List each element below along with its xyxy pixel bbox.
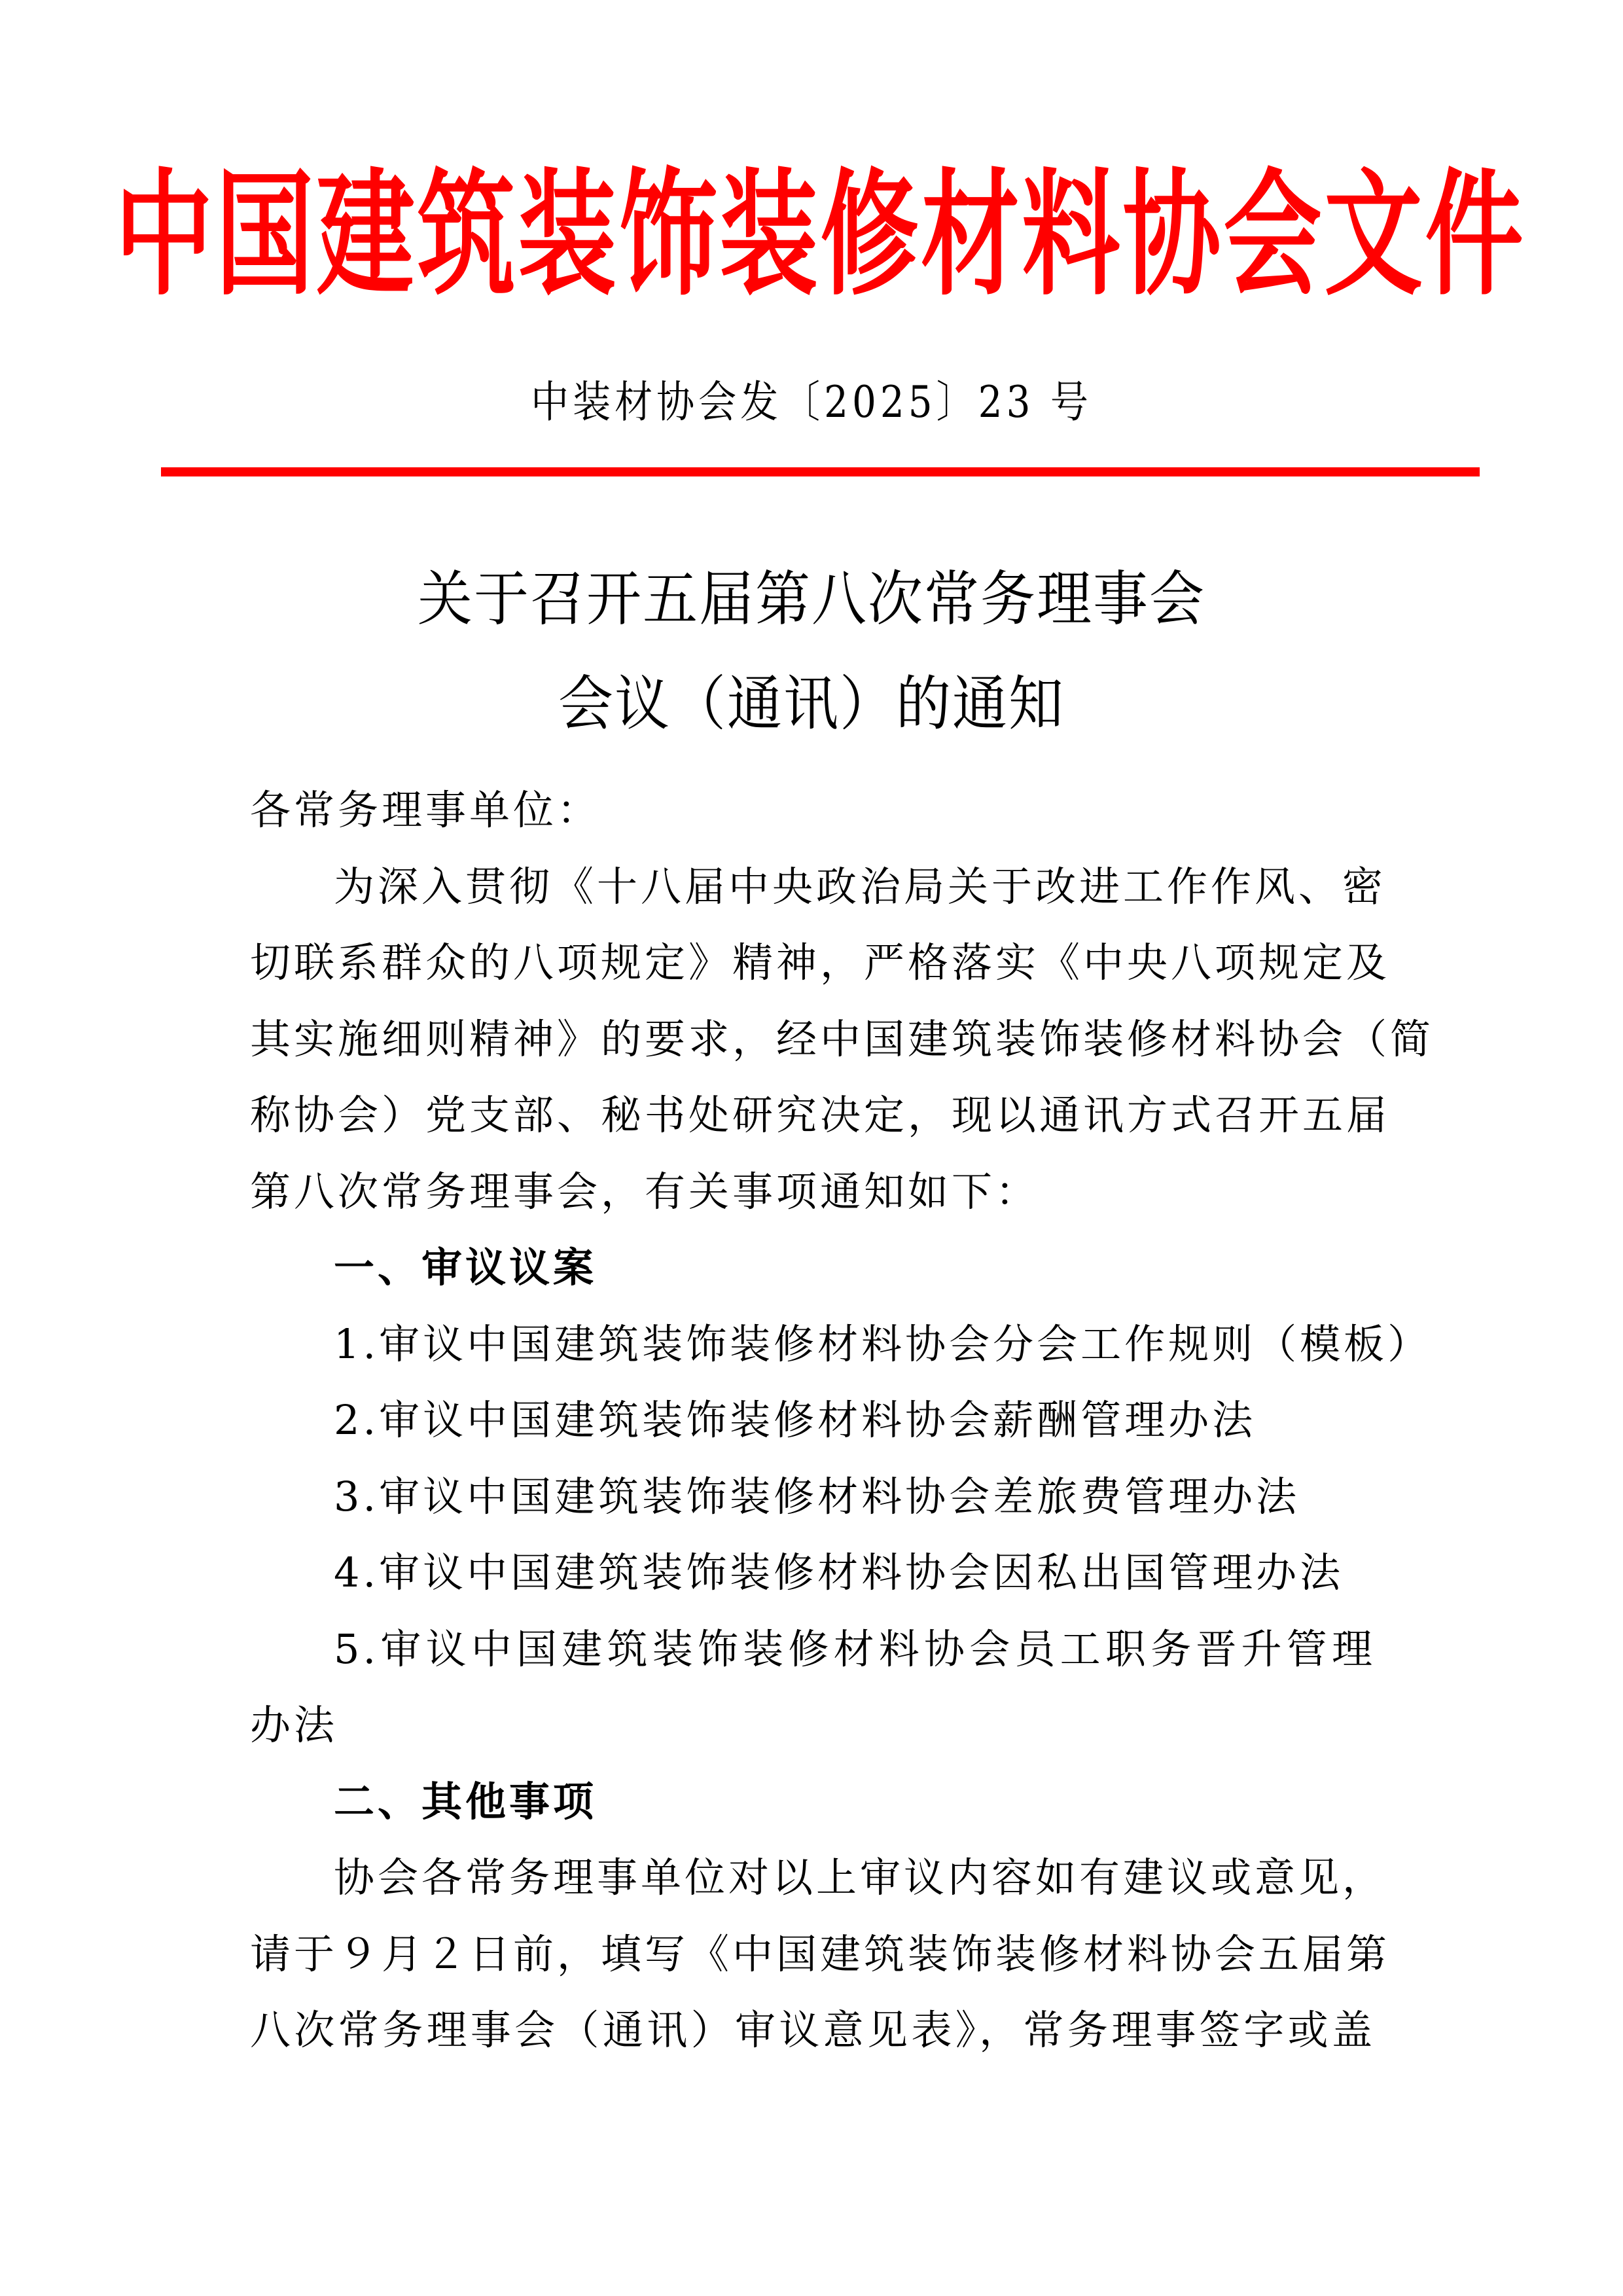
title-line-1: 关于召开五届第八次常务理事会 <box>0 547 1623 651</box>
notice-body: 各常务理事单位： 为深入贯彻《十八届中央政治局关于改进工作作风、密 切联系群众的… <box>250 772 1376 2069</box>
proposal-item: 3.审议中国建筑装饰装修材料协会差旅费管理办法 <box>250 1459 1376 1535</box>
title-line-1-text: 关于召开五届第八次常务理事会 <box>418 543 1205 656</box>
proposal-item: 5.审议中国建筑装饰装修材料协会员工职务晋升管理 <box>250 1611 1376 1688</box>
intro-line: 为深入贯彻《十八届中央政治局关于改进工作作风、密 <box>250 849 1376 925</box>
title-line-2-text: 会议（通讯）的通知 <box>558 647 1065 761</box>
section-heading-other-matters: 二、其他事项 <box>250 1764 1376 1840</box>
other-matters-line: 协会各常务理事单位对以上审议内容如有建议或意见， <box>250 1840 1376 1916</box>
red-divider-rule <box>161 467 1480 476</box>
document-number-text: 中装材协会发〔2025〕23 号 <box>531 380 1092 424</box>
intro-line: 其实施细则精神》的要求，经中国建筑装饰装修材料协会（简 <box>250 1001 1376 1078</box>
title-line-2: 会议（通讯）的通知 <box>0 651 1623 756</box>
section-heading-proposals: 一、审议议案 <box>250 1230 1376 1306</box>
other-matters-line: 请于９月２日前，填写《中国建筑装饰装修材料协会五届第 <box>250 1916 1376 1993</box>
intro-line: 称协会）党支部、秘书处研究决定，现以通讯方式召开五届 <box>250 1077 1376 1154</box>
proposal-item: 1.审议中国建筑装饰装修材料协会分会工作规则（模板） <box>250 1306 1376 1383</box>
intro-line: 切联系群众的八项规定》精神，严格落实《中央八项规定及 <box>250 925 1376 1001</box>
document-number: 中装材协会发〔2025〕23 号 <box>0 383 1623 421</box>
other-matters-line: 八次常务理事会（通讯）审议意见表》，常务理事签字或盖 <box>250 1992 1376 2069</box>
intro-line: 第八次常务理事会，有关事项通知如下： <box>250 1154 1376 1230</box>
proposal-item: 4.审议中国建筑装饰装修材料协会因私出国管理办法 <box>250 1535 1376 1611</box>
document-page: 中国建筑装饰装修材料协会文件 中装材协会发〔2025〕23 号 关于召开五届第八… <box>0 0 1623 2296</box>
masthead: 中国建筑装饰装修材料协会文件 <box>161 164 1480 308</box>
proposal-item-continuation: 办法 <box>250 1687 1376 1764</box>
proposal-item: 2.审议中国建筑装饰装修材料协会薪酬管理办法 <box>250 1382 1376 1459</box>
salutation: 各常务理事单位： <box>250 772 1376 849</box>
masthead-title: 中国建筑装饰装修材料协会文件 <box>115 168 1526 304</box>
notice-title: 关于召开五届第八次常务理事会 会议（通讯）的通知 <box>0 547 1623 756</box>
